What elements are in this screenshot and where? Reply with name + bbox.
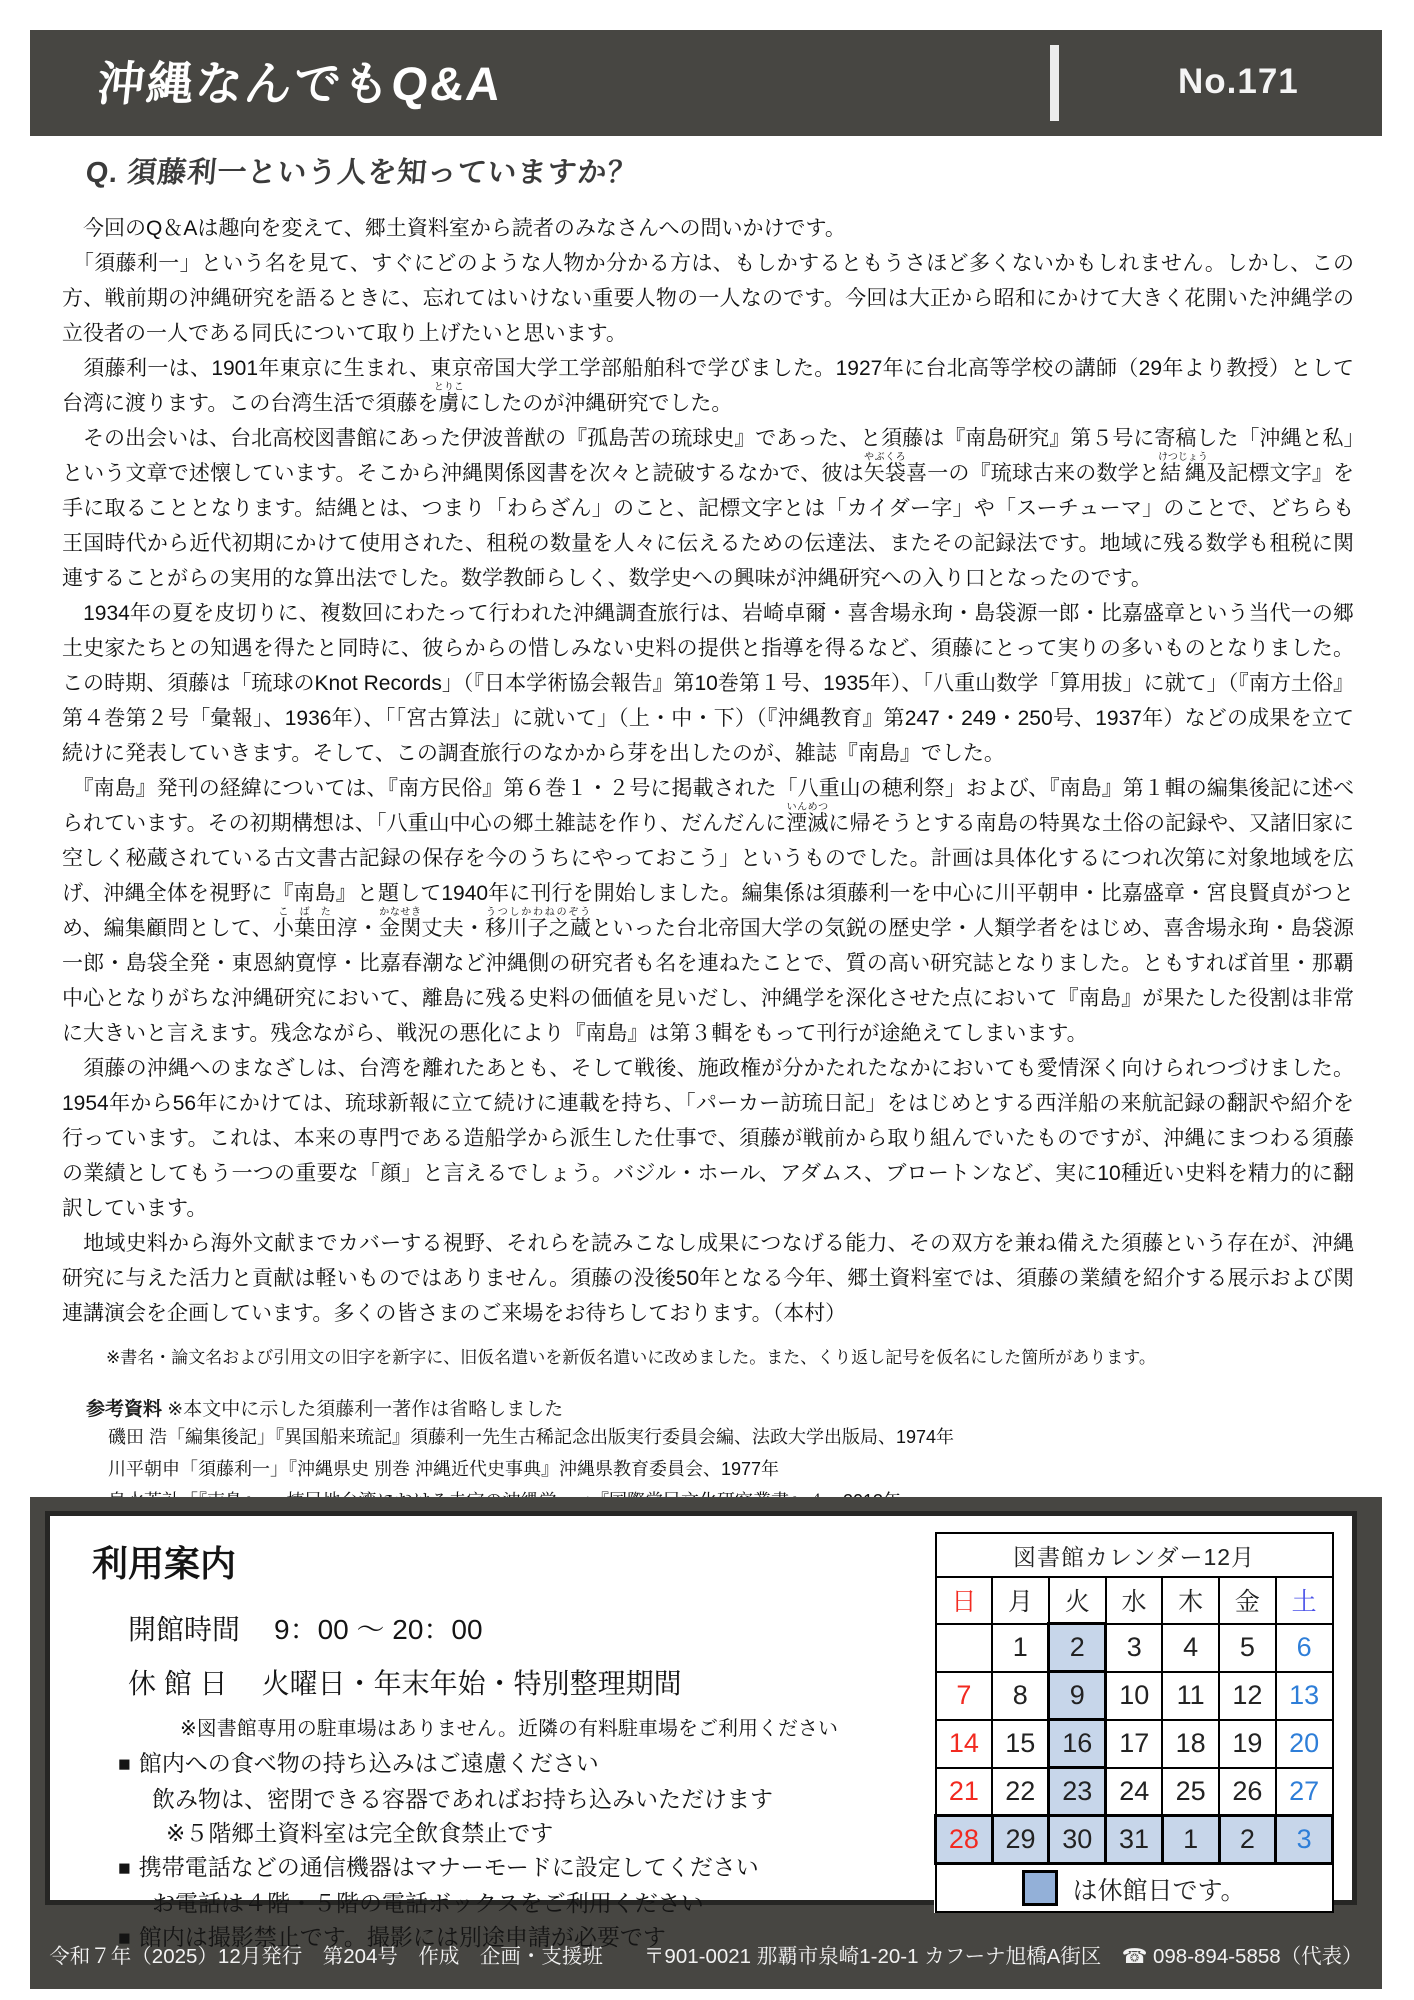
references-title: 参考資料 xyxy=(86,1399,162,1420)
article-paragraph: 須藤利一は、1901年東京に生まれ、東京帝国大学工学部船舶科で学びました。192… xyxy=(62,351,1354,421)
calendar-day: 6 xyxy=(1276,1624,1333,1672)
ruby-annotated-word: 金関かなせき xyxy=(379,917,421,940)
bullet-square-icon: ■ xyxy=(118,1857,131,1880)
calendar-day-header: 木 xyxy=(1162,1577,1219,1624)
references-note: ※本文中に示した須藤利一著作は省略しました xyxy=(167,1399,563,1420)
info-panel: 利用案内 開館時間9：00 ～ 20：00 休 館 日火曜日・年末年始・特別整理… xyxy=(30,1497,1382,1989)
closed-days-label: 休 館 日 xyxy=(128,1668,228,1699)
article-paragraph: 地域史料から海外文献までカバーする視野、それらを読みこなし成果につなげる能力、そ… xyxy=(62,1226,1354,1331)
calendar-day-header: 金 xyxy=(1219,1577,1276,1624)
calendar-day: 1 xyxy=(1162,1816,1219,1864)
ruby-annotated-word: 湮滅いんめつ xyxy=(786,812,828,835)
article-paragraph: 「須藤利一」という名を見て、すぐにどのような人物か分かる方は、もしかするともうさ… xyxy=(62,246,1354,351)
calendar-day: 13 xyxy=(1276,1672,1333,1720)
article: Q. 須藤利一という人を知っていますか？ 今回のQ＆Aは趣向を変えて、郷土資料室… xyxy=(62,150,1354,1549)
references-heading: 参考資料 ※本文中に示した須藤利一著作は省略しました xyxy=(86,1394,1354,1421)
calendar-day: 4 xyxy=(1162,1624,1219,1672)
editorial-note: ※書名・論文名および引用文の旧字を新字に、旧仮名遣いを新仮名遣いに改めました。ま… xyxy=(106,1343,1354,1368)
calendar-day: 23 xyxy=(1049,1768,1106,1816)
calendar-day: 17 xyxy=(1106,1720,1163,1768)
library-calendar: 図書館カレンダー12月日月火水木金土1234567891011121314151… xyxy=(934,1532,1334,1913)
article-paragraph: その出会いは、台北高校図書館にあった伊波普猷の『孤島苦の琉球史』であった、と須藤… xyxy=(62,421,1354,596)
calendar-day: 3 xyxy=(1276,1816,1333,1864)
calendar-day-header: 火 xyxy=(1049,1577,1106,1624)
question-heading: Q. 須藤利一という人を知っていますか？ xyxy=(84,150,639,191)
calendar-day: 24 xyxy=(1106,1768,1163,1816)
calendar-day xyxy=(936,1624,993,1672)
bullet-square-icon: ■ xyxy=(118,1753,131,1776)
calendar-day: 19 xyxy=(1219,1720,1276,1768)
calendar-day: 8 xyxy=(992,1672,1049,1720)
reference-item: 川平朝申「須藤利一」『沖縄県史 別巻 沖縄近代史事典』沖縄県教育委員会、1977… xyxy=(108,1453,1354,1485)
article-paragraph: 『南島』発刊の経緯については、『南方民俗』第６巻１・２号に掲載された「八重山の穂… xyxy=(62,771,1354,1051)
rule-line: ※５階郷土資料室は完全飲食禁止です xyxy=(118,1816,773,1850)
calendar-day: 15 xyxy=(992,1720,1049,1768)
opening-hours-value: 9：00 ～ 20：00 xyxy=(274,1614,483,1645)
ruby-annotated-word: 矢袋やぶくろ xyxy=(864,462,906,485)
newsletter-title: 沖縄なんでもQ&A xyxy=(94,47,505,114)
calendar-day: 30 xyxy=(1049,1816,1106,1864)
calendar-day: 22 xyxy=(992,1768,1049,1816)
closed-days-value: 火曜日・年末年始・特別整理期間 xyxy=(262,1668,682,1699)
calendar-day: 11 xyxy=(1162,1672,1219,1720)
issue-number: No.171 xyxy=(1178,62,1299,102)
calendar-day-header: 月 xyxy=(992,1577,1049,1624)
ruby-annotated-word: 移川子之蔵うつしかわねのぞう xyxy=(485,917,591,940)
usage-box: 利用案内 開館時間9：00 ～ 20：00 休 館 日火曜日・年末年始・特別整理… xyxy=(45,1511,1357,1905)
article-body: 今回のQ＆Aは趣向を変えて、郷土資料室から読者のみなさんへの問いかけです。 「須… xyxy=(62,211,1354,1331)
calendar-day: 25 xyxy=(1162,1768,1219,1816)
calendar-legend: は休館日です。 xyxy=(936,1864,1333,1913)
article-paragraph: 今回のQ＆Aは趣向を変えて、郷土資料室から読者のみなさんへの問いかけです。 xyxy=(62,211,1354,246)
rule-line: ■館内への食べ物の持ち込みはご遠慮ください xyxy=(118,1746,773,1782)
calendar-day: 3 xyxy=(1106,1624,1163,1672)
opening-hours-label: 開館時間 xyxy=(128,1614,240,1645)
parking-note: ※図書館専用の駐車場はありません。近隣の有料駐車場をご利用ください xyxy=(180,1712,838,1741)
closed-days-row: 休 館 日火曜日・年末年始・特別整理期間 xyxy=(128,1662,682,1702)
calendar-day: 29 xyxy=(992,1816,1049,1864)
calendar-day: 1 xyxy=(992,1624,1049,1672)
article-paragraph: 1934年の夏を皮切りに、複数回にわたって行われた沖縄調査旅行は、岩崎卓爾・喜舎… xyxy=(62,596,1354,771)
calendar-day: 9 xyxy=(1049,1672,1106,1720)
rule-line: お電話は４階・５階の電話ボックスをご利用ください xyxy=(118,1886,773,1920)
calendar-day: 20 xyxy=(1276,1720,1333,1768)
calendar-day-header: 日 xyxy=(936,1577,993,1624)
title-divider xyxy=(1050,45,1059,121)
calendar-day: 2 xyxy=(1049,1624,1106,1672)
publication-footer: 令和７年（2025）12月発行 第204号 作成 企画・支援班 〒901-002… xyxy=(30,1939,1382,1969)
calendar-day: 2 xyxy=(1219,1816,1276,1864)
article-paragraph: 須藤の沖縄へのまなざしは、台湾を離れたあとも、そして戦後、施政権が分かたれたなか… xyxy=(62,1051,1354,1226)
reference-item: 磯田 浩「編集後記」『異国船来琉記』須藤利一先生古稀記念出版実行委員会編、法政大… xyxy=(108,1421,1354,1453)
calendar-day: 5 xyxy=(1219,1624,1276,1672)
calendar-day-header: 土 xyxy=(1276,1577,1333,1624)
ruby-annotated-word: 小葉田こばた xyxy=(273,917,337,940)
calendar-day: 28 xyxy=(936,1816,993,1864)
calendar-day: 14 xyxy=(936,1720,993,1768)
rule-line: 飲み物は、密閉できる容器であればお持ち込みいただけます xyxy=(118,1782,773,1816)
calendar-day: 27 xyxy=(1276,1768,1333,1816)
calendar-day: 16 xyxy=(1049,1720,1106,1768)
rules-list: ■館内への食べ物の持ち込みはご遠慮ください飲み物は、密閉できる容器であればお持ち… xyxy=(118,1746,773,1956)
calendar-day: 7 xyxy=(936,1672,993,1720)
ruby-annotated-word: 結縄けつじょう xyxy=(1160,462,1206,485)
calendar-day: 31 xyxy=(1106,1816,1163,1864)
rule-line: ■携帯電話などの通信機器はマナーモードに設定してください xyxy=(118,1850,773,1886)
usage-title: 利用案内 xyxy=(92,1536,236,1587)
calendar-day: 12 xyxy=(1219,1672,1276,1720)
calendar-day: 18 xyxy=(1162,1720,1219,1768)
newsletter-page: { "theme": { "banner_bg": "#474642", "ba… xyxy=(0,0,1414,2000)
ruby-annotated-word: 虜とりこ xyxy=(438,392,459,415)
calendar-day: 10 xyxy=(1106,1672,1163,1720)
calendar-day: 21 xyxy=(936,1768,993,1816)
closed-day-swatch-icon xyxy=(1022,1870,1058,1906)
calendar-day-header: 水 xyxy=(1106,1577,1163,1624)
opening-hours-row: 開館時間9：00 ～ 20：00 xyxy=(128,1608,483,1648)
calendar-title: 図書館カレンダー12月 xyxy=(936,1533,1333,1577)
header-banner: 沖縄なんでもQ&A No.171 xyxy=(30,30,1382,136)
calendar-day: 26 xyxy=(1219,1768,1276,1816)
